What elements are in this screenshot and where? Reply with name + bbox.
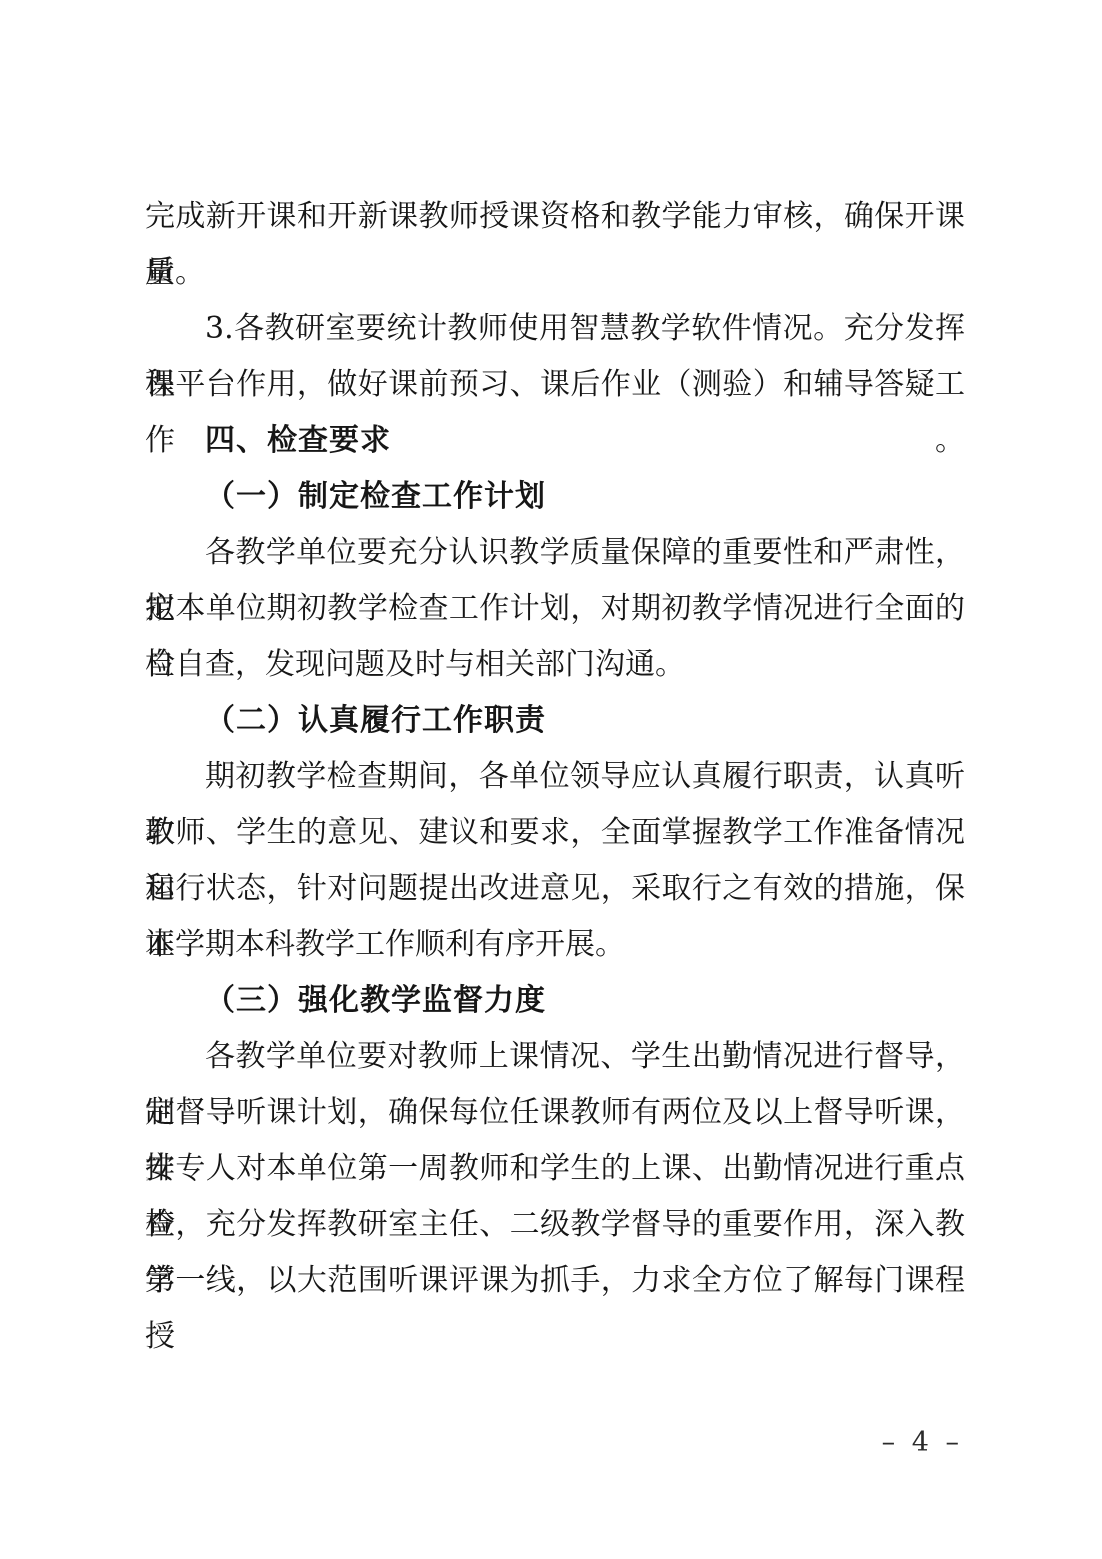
paragraph-line: 程平台作用，做好课前预习、课后作业（测验）和辅导答疑工作。 <box>145 357 965 413</box>
document-page: 完成新开课和开新课教师授课资格和教学能力审核，确保开课质 量。 3.各教研室要统… <box>0 0 1102 1559</box>
document-body: 完成新开课和开新课教师授课资格和教学能力审核，确保开课质 量。 3.各教研室要统… <box>145 189 965 1309</box>
paragraph-line: 排专人对本单位第一周教师和学生的上课、出勤情况进行重点检 <box>145 1141 965 1197</box>
paragraph-line: 教师、学生的意见、建议和要求，全面掌握教学工作准备情况和 <box>145 805 965 861</box>
subsection-heading: （一）制定检查工作计划 <box>145 469 965 525</box>
paragraph-line: 定本单位期初教学检查工作计划，对期初教学情况进行全面的自 <box>145 581 965 637</box>
paragraph-line: 第一线，以大范围听课评课为抓手，力求全方位了解每门课程授 <box>145 1253 965 1309</box>
paragraph-line: 完成新开课和开新课教师授课资格和教学能力审核，确保开课质 <box>145 189 965 245</box>
paragraph-line: 检自查，发现问题及时与相关部门沟通。 <box>145 637 965 693</box>
paragraph-line: 各教学单位要充分认识教学质量保障的重要性和严肃性，拟 <box>145 525 965 581</box>
page-number: – 4 – <box>882 1428 963 1458</box>
paragraph-line: 运行状态，针对问题提出改进意见，采取行之有效的措施，保证 <box>145 861 965 917</box>
paragraph-line: 本学期本科教学工作顺利有序开展。 <box>145 917 965 973</box>
paragraph-line: 定督导听课计划，确保每位任课教师有两位及以上督导听课，安 <box>145 1085 965 1141</box>
paragraph-line: 3.各教研室要统计教师使用智慧教学软件情况。充分发挥课 <box>145 301 965 357</box>
paragraph-line: 期初教学检查期间，各单位领导应认真履行职责，认真听取 <box>145 749 965 805</box>
subsection-heading: （二）认真履行工作职责 <box>145 693 965 749</box>
subsection-heading: （三）强化教学监督力度 <box>145 973 965 1029</box>
paragraph-line: 量。 <box>145 245 965 301</box>
paragraph-line: 查，充分发挥教研室主任、二级教学督导的重要作用，深入教学 <box>145 1197 965 1253</box>
paragraph-line: 各教学单位要对教师上课情况、学生出勤情况进行督导，制 <box>145 1029 965 1085</box>
